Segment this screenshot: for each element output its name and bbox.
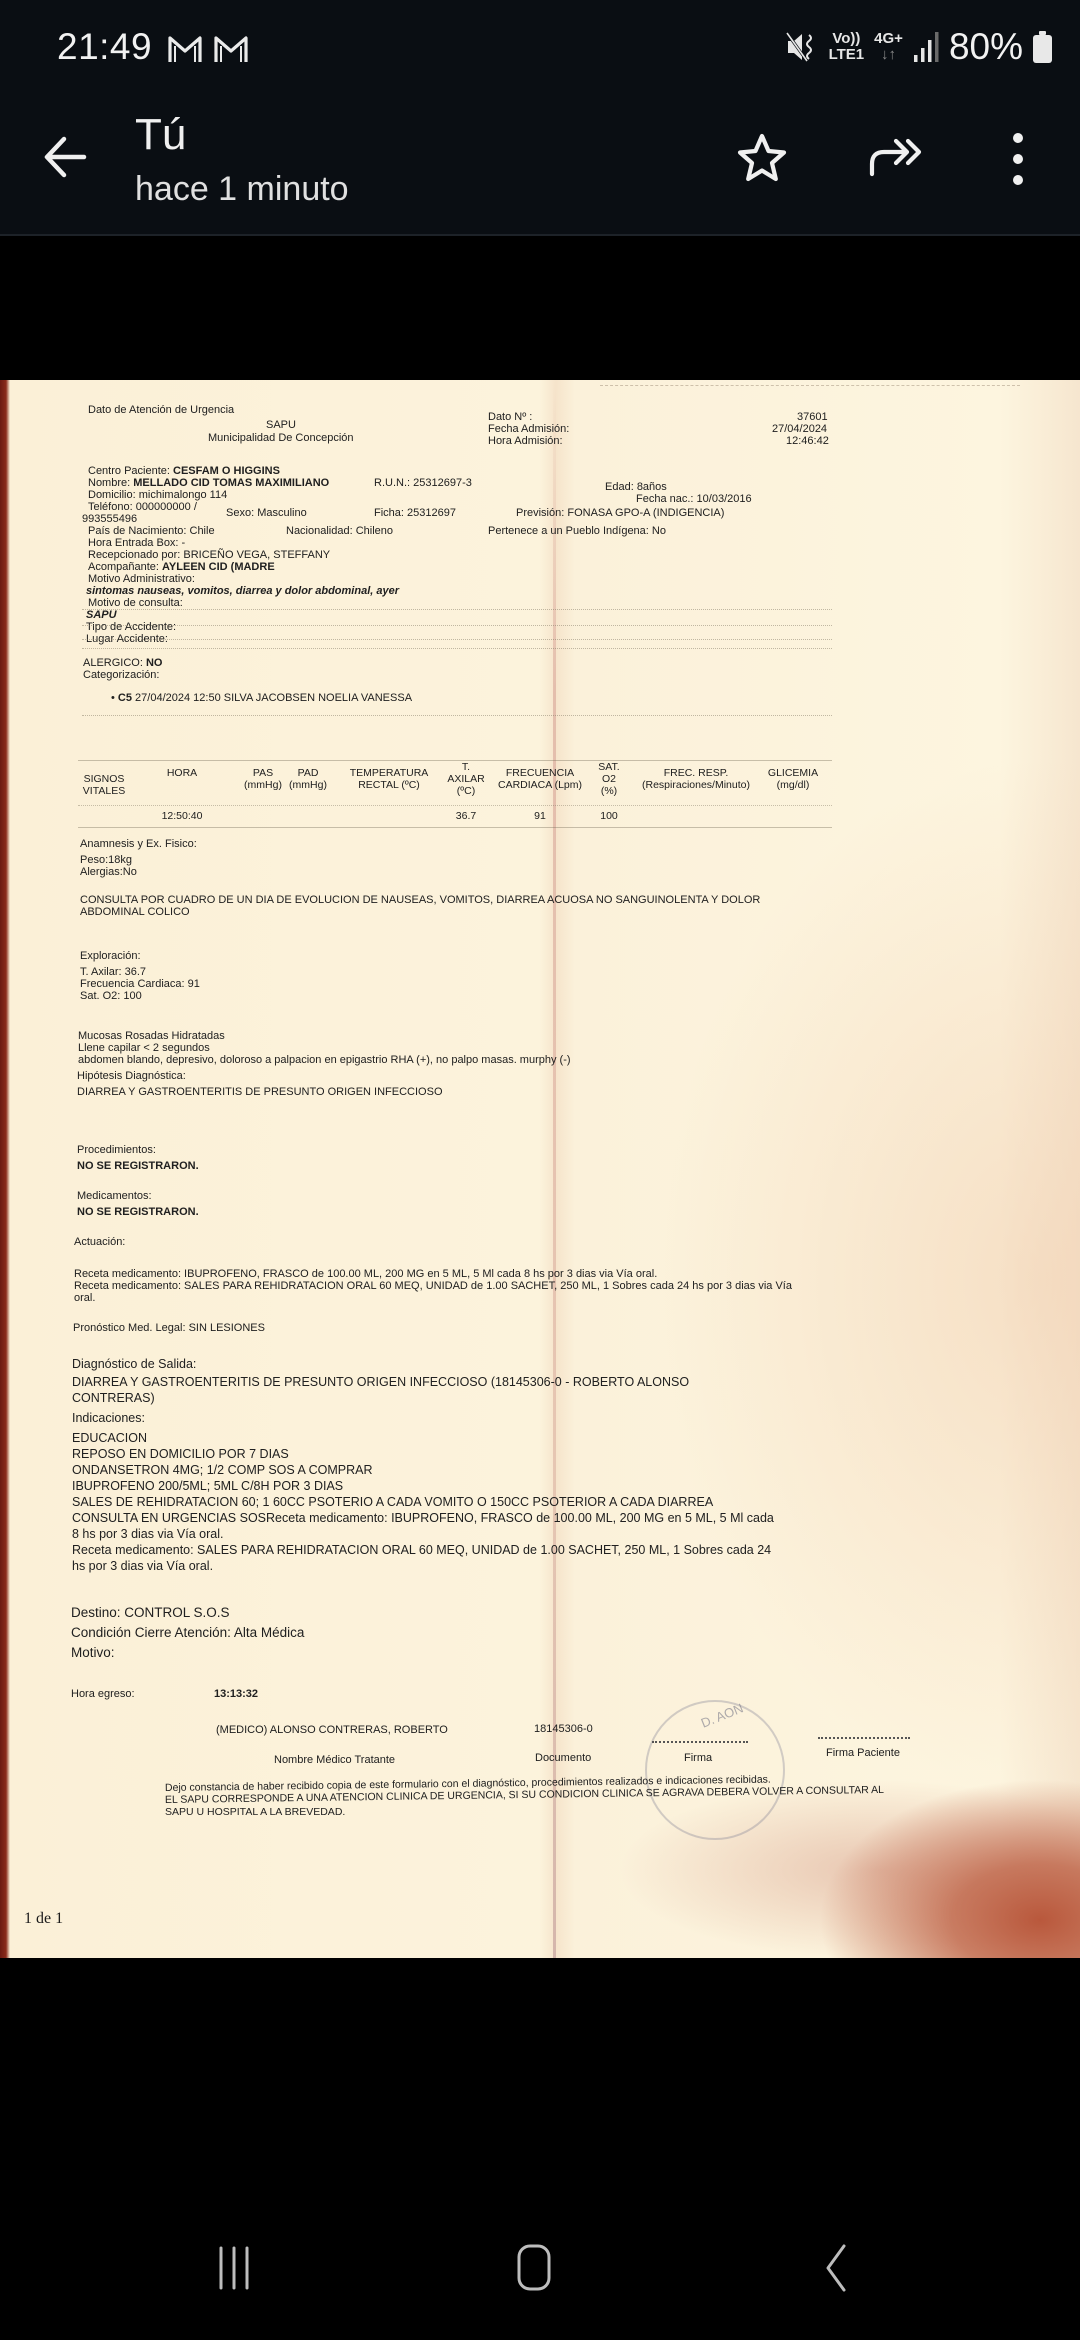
gmail-icon: [167, 34, 203, 64]
recent-apps-icon[interactable]: [204, 2243, 264, 2293]
hora-egreso-label: Hora egreso:: [71, 1688, 135, 1701]
municipality: Municipalidad De Concepción: [208, 432, 354, 445]
more-vert-icon[interactable]: [987, 128, 1049, 190]
indicacion-line: IBUPROFENO 200/5ML; 5ML C/8H POR 3 DIAS: [72, 1478, 343, 1494]
network-type: 4G+ ↓↑: [874, 31, 903, 63]
app-bar: Tú hace 1 minuto: [0, 100, 1080, 236]
form-rule: [82, 609, 832, 610]
anamnesis-label: Anamnesis y Ex. Fisico:: [80, 838, 197, 851]
indicacion-line: Receta medicamento: SALES PARA REHIDRATA…: [72, 1542, 771, 1558]
network-type-label: 4G+: [874, 31, 903, 47]
disclaimer-line-3: SAPU U HOSPITAL A LA BREVEDAD.: [165, 1806, 345, 1819]
actuacion-label: Actuación:: [74, 1236, 125, 1249]
indicacion-line: REPOSO EN DOMICILIO POR 7 DIAS: [72, 1446, 289, 1462]
vitals-value-row: 12:50:4036.791100: [78, 805, 832, 827]
medico-tratante-label: Nombre Médico Tratante: [274, 1754, 395, 1767]
hipotesis-value: DIARREA Y GASTROENTERITIS DE PRESUNTO OR…: [77, 1086, 443, 1099]
diagnostico-salida-label: Diagnóstico de Salida:: [72, 1356, 196, 1372]
medico-tratante: (MEDICO) ALONSO CONTRERAS, ROBERTO: [216, 1724, 448, 1737]
battery-percent: 80%: [949, 26, 1023, 68]
data-arrows-icon: ↓↑: [874, 47, 903, 63]
back-icon[interactable]: [812, 2243, 872, 2293]
navigation-bar: [0, 2198, 1080, 2340]
exploracion-abdomen: abdomen blando, depresivo, doloroso a pa…: [78, 1054, 571, 1067]
form-rule: [82, 648, 832, 649]
vitals-header-cell: FREC. RESP. (Respiraciones/Minuto): [621, 767, 771, 791]
exploracion-label: Exploración:: [80, 950, 141, 963]
indicacion-line: ONDANSETRON 4MG; 1/2 COMP SOS A COMPRAR: [72, 1462, 373, 1478]
home-icon[interactable]: [505, 2243, 565, 2293]
motivo-cierre: Motivo:: [71, 1644, 115, 1661]
vitals-value-cell: 91: [485, 810, 595, 822]
status-time: 21:49: [57, 26, 152, 68]
diagnostico-salida-line-2: CONTRERAS): [72, 1390, 155, 1406]
patient-prevision: Previsión: FONASA GPO-A (INDIGENCIA): [516, 507, 724, 520]
patient-ficha: Ficha: 25312697: [374, 507, 456, 520]
destino: Destino: CONTROL S.O.S: [71, 1604, 230, 1621]
anamnesis-alergias: Alergias:No: [80, 866, 137, 879]
hipotesis-label: Hipótesis Diagnóstica:: [77, 1070, 186, 1083]
vitals-header-cell: FRECUENCIA CARDIACA (Lpm): [485, 767, 595, 791]
hora-admision-value: 12:46:42: [786, 435, 829, 448]
gmail-icon: [213, 34, 249, 64]
firma-label: Firma: [684, 1752, 712, 1765]
firma-line: [652, 1741, 748, 1743]
categorizacion-item: • C5 27/04/2024 12:50 SILVA JACOBSEN NOE…: [111, 692, 412, 705]
categorizacion-label: Categorización:: [83, 669, 159, 682]
vitals-header-cell: HORA: [152, 767, 212, 779]
vitals-header-cell: PAD (mmHg): [285, 767, 331, 791]
indicacion-line: 8 hs por 3 dias via Vía oral.: [72, 1526, 223, 1542]
vitals-header-cell: T. AXILAR (ºC): [446, 761, 486, 797]
paper-fold: [553, 380, 556, 1958]
vitals-value-cell: 12:50:40: [152, 810, 212, 822]
procedimientos-value: NO SE REGISTRARON.: [77, 1160, 199, 1173]
receta-2-line-2: oral.: [74, 1292, 95, 1305]
cropped-top-text: [600, 380, 1020, 386]
medicamentos-value: NO SE REGISTRARON.: [77, 1206, 199, 1219]
volte-indicator: Vo)) LTE1: [829, 31, 865, 63]
firma-paciente-line: [818, 1737, 910, 1739]
section-title: Dato de Atención de Urgencia: [88, 404, 234, 417]
form-rule: [82, 625, 832, 626]
firma-paciente-label: Firma Paciente: [826, 1747, 900, 1760]
lte-label: LTE1: [829, 47, 865, 63]
form-rule: [82, 639, 832, 640]
indicacion-line: EDUCACION: [72, 1430, 147, 1446]
indicacion-line: SALES DE REHIDRATACION 60; 1 60CC PSOTER…: [72, 1494, 713, 1510]
form-rule: [82, 715, 832, 716]
vitals-header-row: SIGNOS VITALESHORAPAS (mmHg)PAD (mmHg)TE…: [78, 761, 832, 805]
patient-fecha-nac: Fecha nac.: 10/03/2016: [636, 493, 752, 506]
status-bar: 21:49 Vo)) LTE1 4G+ ↓↑ 80%: [0, 0, 1080, 100]
forward-icon[interactable]: [866, 128, 928, 190]
procedimientos-label: Procedimientos:: [77, 1144, 156, 1157]
hora-egreso-value: 13:13:32: [214, 1688, 258, 1701]
receta-2-line-1: Receta medicamento: SALES PARA REHIDRATA…: [74, 1280, 792, 1293]
patient-pueblo-indigena: Pertenece a un Pueblo Indígena: No: [488, 525, 666, 538]
volte-label: Vo)): [829, 31, 865, 47]
vitals-header-cell: PAS (mmHg): [240, 767, 286, 791]
vitals-header-cell: SIGNOS VITALES: [74, 773, 134, 797]
condicion-cierre: Condición Cierre Atención: Alta Médica: [71, 1624, 304, 1641]
status-icons: Vo)) LTE1 4G+ ↓↑ 80%: [785, 26, 1052, 68]
patient-sexo: Sexo: Masculino: [226, 507, 307, 520]
pronostico: Pronóstico Med. Legal: SIN LESIONES: [73, 1322, 265, 1335]
medicamentos-label: Medicamentos:: [77, 1190, 152, 1203]
image-viewer[interactable]: Dato de Atención de Urgencia SAPU Munici…: [0, 238, 1080, 2198]
back-arrow-icon[interactable]: [38, 128, 96, 186]
timestamp-subtitle: hace 1 minuto: [135, 170, 349, 209]
diagnostico-salida-line-1: DIARREA Y GASTROENTERITIS DE PRESUNTO OR…: [72, 1374, 689, 1390]
consulta-text-2: ABDOMINAL COLICO: [80, 906, 190, 919]
hora-admision-label: Hora Admisión:: [488, 435, 563, 448]
battery-icon: [1033, 31, 1052, 63]
vitals-value-cell: 100: [594, 810, 624, 822]
vitals-header-cell: TEMPERATURA RECTAL (ºC): [339, 767, 439, 791]
indicacion-line: hs por 3 dias via Vía oral.: [72, 1558, 213, 1574]
patient-nacionalidad: Nacionalidad: Chileno: [286, 525, 393, 538]
vitals-table: SIGNOS VITALESHORAPAS (mmHg)PAD (mmHg)TE…: [78, 760, 832, 828]
signal-icon: [913, 31, 939, 63]
patient-run: R.U.N.: 25312697-3: [374, 477, 472, 490]
org-name: SAPU: [266, 419, 296, 432]
vitals-header-cell: GLICEMIA (mg/dl): [758, 767, 828, 791]
indicacion-line: CONSULTA EN URGENCIAS SOSReceta medicame…: [72, 1510, 774, 1526]
indicaciones-label: Indicaciones:: [72, 1410, 145, 1426]
exploracion-sat: Sat. O2: 100: [80, 990, 142, 1003]
documento-label: Documento: [535, 1752, 591, 1765]
sender-title: Tú: [135, 110, 186, 160]
mute-vibrate-icon: [785, 29, 819, 65]
vitals-value-cell: 36.7: [446, 810, 486, 822]
star-icon[interactable]: [731, 128, 793, 190]
vitals-header-cell: SAT. O2 (%): [594, 761, 624, 797]
page-indicator: 1 de 1: [24, 1910, 63, 1928]
medico-documento: 18145306-0: [534, 1723, 593, 1736]
